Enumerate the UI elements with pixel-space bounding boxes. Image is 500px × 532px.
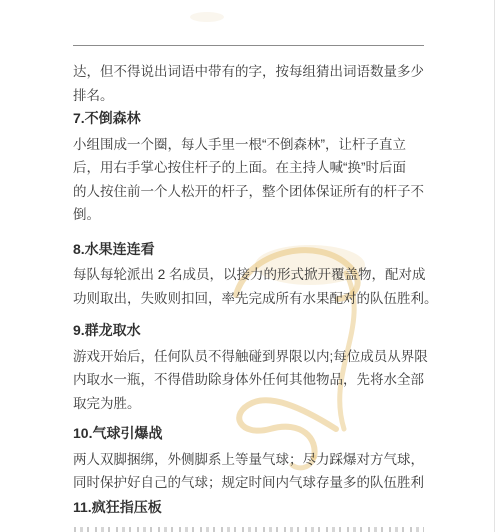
intro-text-line: 排名。	[73, 84, 429, 108]
section-heading-8: 8.水果连连看	[73, 238, 429, 262]
intro-paragraph: 达，但不得说出词语中带有的字，按每组猜出词语数量多少排名。	[73, 60, 429, 107]
section-7: 7.不倒森林小组围成一个圈，每人手里一根“不倒森林”，让杆子直立后，用右手掌心按…	[73, 107, 429, 227]
body-text-line: 的人按住前一个人松开的杆子，整个团体保证所有的杆子不	[73, 180, 429, 204]
body-text-line: 取完为胜。	[73, 392, 429, 416]
sections-container: 7.不倒森林小组围成一个圈，每人手里一根“不倒森林”，让杆子直立后，用右手掌心按…	[73, 107, 429, 519]
body-text-line: 功则取出，失败则扣回，率先完成所有水果配对的队伍胜利。	[73, 287, 429, 311]
section-9: 9.群龙取水游戏开始后，任何队员不得触碰到界限以内;每位成员从界限内取水一瓶，不…	[73, 319, 429, 415]
section-heading-10: 10.气球引爆战	[73, 422, 429, 446]
section-heading-7: 7.不倒森林	[73, 107, 429, 131]
section-11: 11.疯狂指压板	[73, 496, 429, 520]
page-edge-line	[494, 0, 495, 532]
clipped-text-row	[74, 527, 424, 532]
intro-text-line: 达，但不得说出词语中带有的字，按每组猜出词语数量多少	[73, 60, 429, 84]
body-text-line: 倒。	[73, 203, 429, 227]
horizontal-divider	[73, 45, 424, 46]
body-text-line: 后，用右手掌心按住杆子的上面。在主持人喊“换”时后面	[73, 156, 429, 180]
section-8: 8.水果连连看每队每轮派出 2 名成员，以接力的形式掀开覆盖物，配对成功则取出，…	[73, 238, 429, 311]
body-text-line: 同时保护好自己的气球；规定时间内气球存量多的队伍胜利	[73, 471, 429, 495]
body-text-line: 每队每轮派出 2 名成员，以接力的形式掀开覆盖物，配对成	[73, 263, 429, 287]
body-text-line: 游戏开始后，任何队员不得触碰到界限以内;每位成员从界限	[73, 345, 429, 369]
document-page: 达，但不得说出词语中带有的字，按每组猜出词语数量多少排名。 7.不倒森林小组围成…	[0, 0, 500, 532]
section-heading-9: 9.群龙取水	[73, 319, 429, 343]
section-10: 10.气球引爆战两人双脚捆绑，外侧脚系上等量气球；尽力踩爆对方气球，同时保护好自…	[73, 422, 429, 495]
faint-smudge	[190, 12, 224, 22]
body-text-line: 两人双脚捆绑，外侧脚系上等量气球；尽力踩爆对方气球，	[73, 448, 429, 472]
body-text-line: 内取水一瓶，不得借助除身体外任何其他物品，先将水全部	[73, 368, 429, 392]
section-heading-11: 11.疯狂指压板	[73, 496, 429, 520]
body-text-line: 小组围成一个圈，每人手里一根“不倒森林”，让杆子直立	[73, 133, 429, 157]
document-body: 达，但不得说出词语中带有的字，按每组猜出词语数量多少排名。 7.不倒森林小组围成…	[73, 60, 429, 521]
